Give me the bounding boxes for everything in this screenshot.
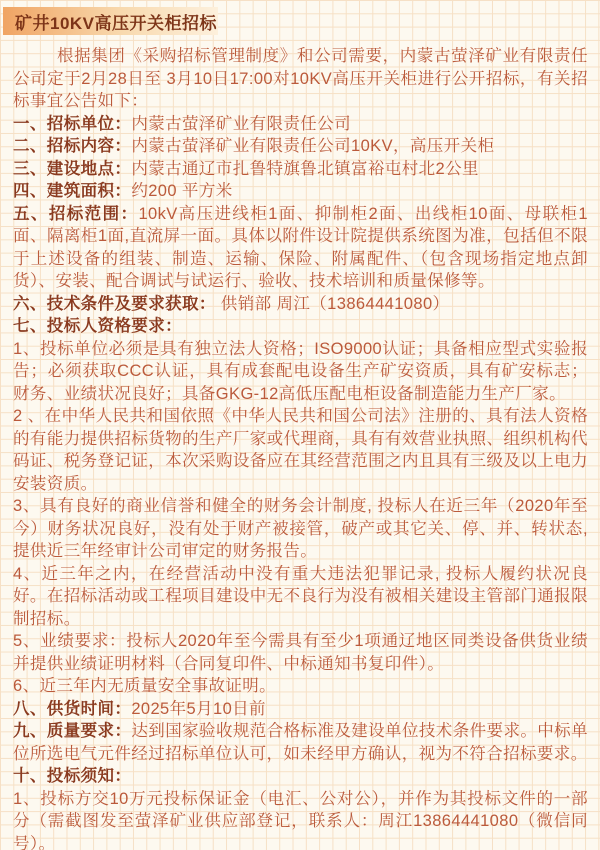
section-label: 七、投标人资格要求： [13, 317, 182, 335]
section-bidder-qualifications: 七、投标人资格要求： [13, 315, 588, 338]
section-text: 3、具有良好的商业信誉和健全的财务会计制度, 投标人在近三年（2020年至今）财… [13, 497, 588, 560]
section-text: 内蒙古通辽市扎鲁特旗鲁北镇富裕屯村北2公里 [131, 160, 479, 178]
section-text: 2025年5月10日前 [131, 700, 266, 718]
section-text: 内蒙古萤泽矿业有限责任公司10KV，高压开关柜 [131, 137, 494, 155]
section-text: 约200 平方米 [131, 182, 232, 200]
section-tender-scope: 五、招标范围：10kV高压进线柜1面、抑制柜2面、出线柜10面、母联柜1面、隔离… [13, 203, 588, 293]
section-text: 1、投标方交10万元投标保证金（电汇、公对公），并作为其投标文件的一部分（需截图… [13, 790, 588, 850]
qualification-item-2: 2 、在中华人民共和国依照《中华人民共和国公司法》注册的、具有法人资格的有能力提… [13, 405, 588, 495]
section-label: 八、供货时间： [13, 700, 131, 718]
section-label: 三、建设地点： [13, 160, 131, 178]
section-text: 4、近三年之内，在经营活动中没有重大违法犯罪记录, 投标人履约状况良好。在招标活… [13, 565, 588, 628]
section-label: 四、建筑面积： [13, 182, 131, 200]
section-text: 供销部 周江（13864441080） [216, 295, 450, 313]
section-text: 5、业绩要求：投标人2020年至今需具有至少1项通辽地区同类设备供货业绩并提供业… [13, 632, 588, 673]
section-label: 六、技术条件及要求获取： [13, 295, 216, 313]
section-label: 二、招标内容： [13, 137, 131, 155]
section-tender-content: 二、招标内容：内蒙古萤泽矿业有限责任公司10KV，高压开关柜 [13, 135, 588, 158]
qualification-item-3: 3、具有良好的商业信誉和健全的财务会计制度, 投标人在近三年（2020年至今）财… [13, 495, 588, 563]
intro-paragraph: 根据集团《采购招标管理制度》和公司需要，内蒙古萤泽矿业有限责任公司定于2月28日… [13, 45, 588, 113]
section-bidding-notes: 十、投标须知： [13, 765, 588, 788]
bidding-note-item-1: 1、投标方交10万元投标保证金（电汇、公对公），并作为其投标文件的一部分（需截图… [13, 788, 588, 850]
section-construction-site: 三、建设地点：内蒙古通辽市扎鲁特旗鲁北镇富裕屯村北2公里 [13, 158, 588, 181]
qualification-item-4: 4、近三年之内，在经营活动中没有重大违法犯罪记录, 投标人履约状况良好。在招标活… [13, 563, 588, 631]
qualification-item-1: 1、投标单位必须是具有独立法人资格；ISO9000认证；具备相应型式实验报告；必… [13, 338, 588, 406]
section-text: 6、近三年内无质量安全事故证明。 [13, 677, 276, 695]
section-label: 十、投标须知： [13, 767, 131, 785]
qualification-item-5: 5、业绩要求：投标人2020年至今需具有至少1项通辽地区同类设备供货业绩并提供业… [13, 630, 588, 675]
section-building-area: 四、建筑面积：约200 平方米 [13, 180, 588, 203]
qualification-item-6: 6、近三年内无质量安全事故证明。 [13, 675, 588, 698]
section-text: 1、投标单位必须是具有独立法人资格；ISO9000认证；具备相应型式实验报告；必… [13, 340, 588, 403]
notice-body: 根据集团《采购招标管理制度》和公司需要，内蒙古萤泽矿业有限责任公司定于2月28日… [0, 35, 600, 850]
section-tender-unit: 一、招标单位：内蒙古萤泽矿业有限责任公司 [13, 113, 588, 136]
page-title: 矿井10KV高压开关柜招标 [3, 9, 217, 34]
section-delivery-time: 八、供货时间：2025年5月10日前 [13, 698, 588, 721]
section-label: 一、招标单位： [13, 115, 131, 133]
section-technical-requirements: 六、技术条件及要求获取： 供销部 周江（13864441080） [13, 293, 588, 316]
title-bar: 矿井10KV高压开关柜招标 [3, 7, 218, 35]
section-text: 内蒙古萤泽矿业有限责任公司 [131, 115, 351, 133]
section-label: 五、招标范围： [13, 205, 138, 223]
tender-notice-page: { "theme": { "background": "#fdf9f0", "g… [0, 0, 600, 850]
section-label: 九、质量要求： [13, 722, 131, 740]
section-text: 2 、在中华人民共和国依照《中华人民共和国公司法》注册的、具有法人资格的有能力提… [13, 407, 588, 493]
section-quality-requirements: 九、质量要求：达到国家验收规范合格标准及建设单位技术条件要求。中标单位所选电气元… [13, 720, 588, 765]
